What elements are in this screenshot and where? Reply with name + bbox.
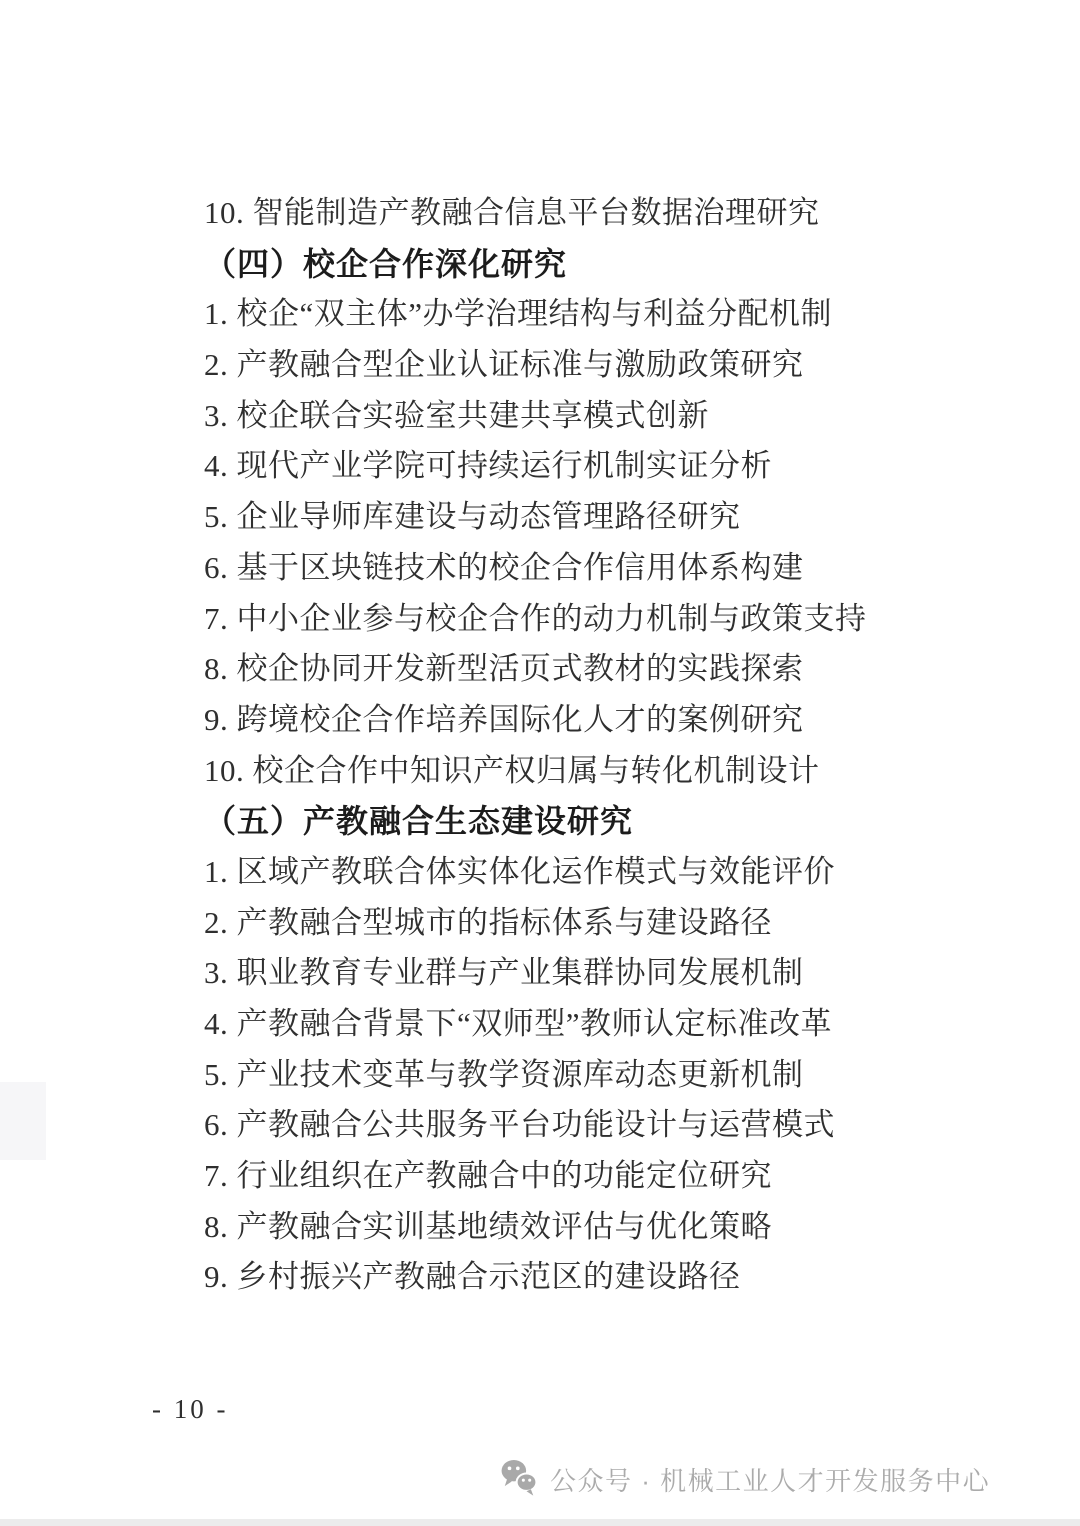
topic-line: 8. 校企协同开发新型活页式教材的实践探索	[204, 644, 1020, 695]
scan-edge-strip	[0, 1519, 1080, 1526]
scan-artifact	[0, 1082, 46, 1160]
topic-line: 7. 行业组织在产教融合中的功能定位研究	[204, 1151, 1020, 1202]
topic-line: 3. 校企联合实验室共建共享模式创新	[204, 391, 1020, 442]
watermark-text: 公众号 · 机械工业人才开发服务中心	[550, 1461, 990, 1498]
topic-line: 6. 基于区块链技术的校企合作信用体系构建	[204, 543, 1020, 594]
topic-line: 8. 产教融合实训基地绩效评估与优化策略	[204, 1202, 1020, 1253]
topic-line: 10. 智能制造产教融合信息平台数据治理研究	[204, 188, 1020, 239]
topic-line: 4. 现代产业学院可持续运行机制实证分析	[204, 441, 1020, 492]
document-page: 10. 智能制造产教融合信息平台数据治理研究（四）校企合作深化研究1. 校企“双…	[0, 0, 1080, 1526]
page-number: - 10 -	[152, 1394, 228, 1425]
topic-line: 5. 企业导师库建设与动态管理路径研究	[204, 492, 1020, 543]
topic-line: 7. 中小企业参与校企合作的动力机制与政策支持	[204, 594, 1020, 645]
topic-line: 4. 产教融合背景下“双师型”教师认定标准改革	[204, 999, 1020, 1050]
topic-line: 10. 校企合作中知识产权归属与转化机制设计	[204, 746, 1020, 797]
topic-line: 5. 产业技术变革与教学资源库动态更新机制	[204, 1050, 1020, 1101]
topic-line: 9. 跨境校企合作培养国际化人才的案例研究	[204, 695, 1020, 746]
topic-line: 2. 产教融合型城市的指标体系与建设路径	[204, 898, 1020, 949]
topic-line: 2. 产教融合型企业认证标准与激励政策研究	[204, 340, 1020, 391]
section-heading: （五）产教融合生态建设研究	[204, 796, 1020, 847]
topic-line: 9. 乡村振兴产教融合示范区的建设路径	[204, 1252, 1020, 1303]
topic-line: 1. 区域产教联合体实体化运作模式与效能评价	[204, 847, 1020, 898]
watermark: 公众号 · 机械工业人才开发服务中心	[500, 1458, 990, 1500]
wechat-icon	[500, 1458, 538, 1500]
topic-line: 1. 校企“双主体”办学治理结构与利益分配机制	[204, 289, 1020, 340]
topic-list: 10. 智能制造产教融合信息平台数据治理研究（四）校企合作深化研究1. 校企“双…	[204, 188, 1020, 1303]
topic-line: 6. 产教融合公共服务平台功能设计与运营模式	[204, 1100, 1020, 1151]
topic-line: 3. 职业教育专业群与产业集群协同发展机制	[204, 948, 1020, 999]
section-heading: （四）校企合作深化研究	[204, 239, 1020, 290]
